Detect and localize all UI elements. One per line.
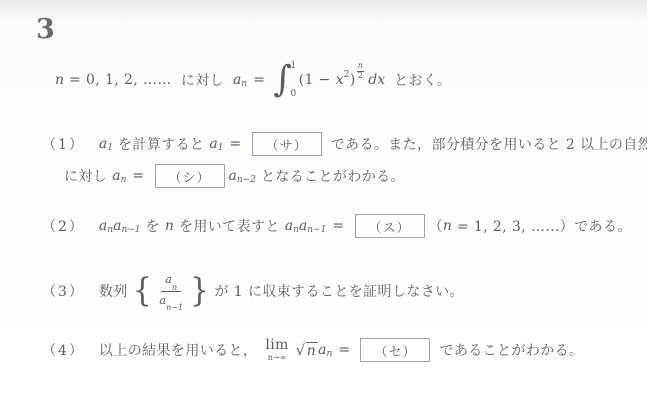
right-brace: } — [190, 275, 210, 308]
part-1-line-2: に対し an = （シ） an−2 となることがわかる。 — [64, 163, 405, 189]
part-4-line: （4） 以上の結果を用いると， lim n→∞ √n an = （セ） であるこ… — [42, 332, 583, 368]
equals-sign: = — [132, 168, 144, 184]
exponent-fraction: n2 — [357, 62, 365, 80]
part-3-label: （3） — [42, 281, 85, 301]
range-rest: = 1, 2, 3, ……）である。 — [457, 216, 632, 236]
sub-n-minus-2: n−2 — [237, 175, 256, 185]
var-a-num: a — [165, 272, 172, 286]
sub-1: 1 — [107, 143, 113, 153]
part-3-shusoku: が 1 に収束することを証明しなさい。 — [215, 281, 464, 301]
var-an1: a — [113, 218, 121, 234]
range-open: （ — [429, 216, 443, 236]
sub-n-minus-1: n−1 — [121, 225, 140, 235]
intro-nitaishi: に対し — [181, 70, 224, 90]
part-4-dearu: であることがわかる。 — [439, 340, 583, 360]
integral-limits: 1 0 — [291, 61, 297, 99]
sub-n-2: n — [293, 225, 299, 235]
part-2-mochiite: を用いて表すと — [179, 216, 280, 236]
exponent-numerator: n — [357, 62, 365, 70]
equals-sign: = — [253, 72, 265, 88]
left-brace: { — [133, 275, 153, 308]
var-a1: a — [99, 136, 107, 152]
integrand-open: (1 − — [299, 72, 331, 88]
exponent-denominator: 2 — [357, 71, 365, 80]
sub-n: n — [121, 175, 127, 185]
equals-sign: = — [230, 136, 242, 152]
part-1-nitaishi: に対し — [64, 166, 107, 186]
part-2-wo: を — [146, 216, 160, 236]
var-an-2: a — [285, 218, 293, 234]
sub-n: n — [241, 79, 247, 89]
var-a: a — [233, 72, 241, 88]
part-1-line-1: （1） a1 を計算すると a1 = （サ） である。また，部分積分を用いると … — [42, 131, 647, 157]
var-n-range: n — [443, 218, 452, 234]
part-1-keisan: を計算すると — [118, 134, 204, 154]
var-n: n — [55, 72, 64, 88]
var-an: a — [99, 218, 107, 234]
integrand-close: ) — [350, 72, 356, 88]
var-an: a — [318, 342, 326, 358]
part-1-tonaru: となることがわかる。 — [261, 166, 405, 186]
limit-expression: lim n→∞ — [265, 338, 288, 362]
var-a1-2: a — [209, 136, 217, 152]
exam-page: 3 n = 0, 1, 2, …… に対し an = ∫ 1 0 (1 − x2… — [0, 0, 647, 416]
integral-upper-limit: 1 — [291, 61, 297, 71]
lim-word: lim — [265, 338, 288, 352]
part-1-label: （1） — [42, 134, 85, 154]
fraction-numerator: an — [161, 272, 181, 291]
var-an2: a — [229, 168, 237, 184]
answer-box-shi: （シ） — [155, 164, 225, 188]
sqrt-argument: n — [306, 342, 318, 359]
var-n: n — [165, 218, 174, 234]
answer-box-se: （セ） — [360, 338, 430, 362]
problem-number: 3 — [36, 14, 55, 45]
intro-line: n = 0, 1, 2, …… に対し an = ∫ 1 0 (1 − x2)n… — [55, 58, 451, 102]
integral-lower-limit: 0 — [291, 89, 297, 99]
equals-sign: = — [338, 342, 350, 358]
sub-n-num: n — [172, 283, 177, 292]
sub-n-minus-1-2: n−1 — [307, 225, 326, 235]
part-4-ijou: 以上の結果を用いると， — [99, 340, 257, 360]
part-4-label: （4） — [42, 340, 85, 360]
var-x: x — [336, 72, 344, 88]
lim-subscript: n→∞ — [268, 354, 287, 362]
dx-term: dx — [368, 72, 385, 88]
sub-n-minus-1-den: n−1 — [166, 303, 183, 312]
sequence-fraction: an an−1 — [155, 272, 187, 310]
answer-box-su: （ス） — [355, 214, 425, 238]
intro-oku: とおく。 — [394, 70, 451, 90]
exponent-2: 2 — [344, 70, 350, 80]
part-2-label: （2） — [42, 216, 85, 236]
answer-box-sa: （サ） — [252, 132, 322, 156]
sequence-values: = 0, 1, 2, …… — [69, 72, 172, 88]
sub-n: n — [327, 349, 333, 359]
sqrt-n: √n — [296, 341, 318, 359]
sub-n: n — [107, 225, 113, 235]
sub-1-2: 1 — [218, 143, 224, 153]
integral-expression: ∫ 1 0 — [273, 60, 296, 100]
var-an1-2: a — [299, 218, 307, 234]
var-an: a — [112, 168, 120, 184]
sqrt-sign: √ — [296, 341, 306, 359]
part-2-line: （2） anan−1 を n を用いて表すと anan−1 = （ス） （n =… — [42, 212, 632, 240]
fraction-denominator: an−1 — [155, 292, 187, 310]
equals-sign: = — [332, 218, 344, 234]
part-3-suuretsu: 数列 — [99, 281, 128, 301]
part-1-dearu: である。また，部分積分を用いると 2 以上の自然数 — [331, 134, 647, 154]
part-3-line: （3） 数列 { an an−1 } が 1 に収束することを証明しなさい。 — [42, 268, 464, 314]
